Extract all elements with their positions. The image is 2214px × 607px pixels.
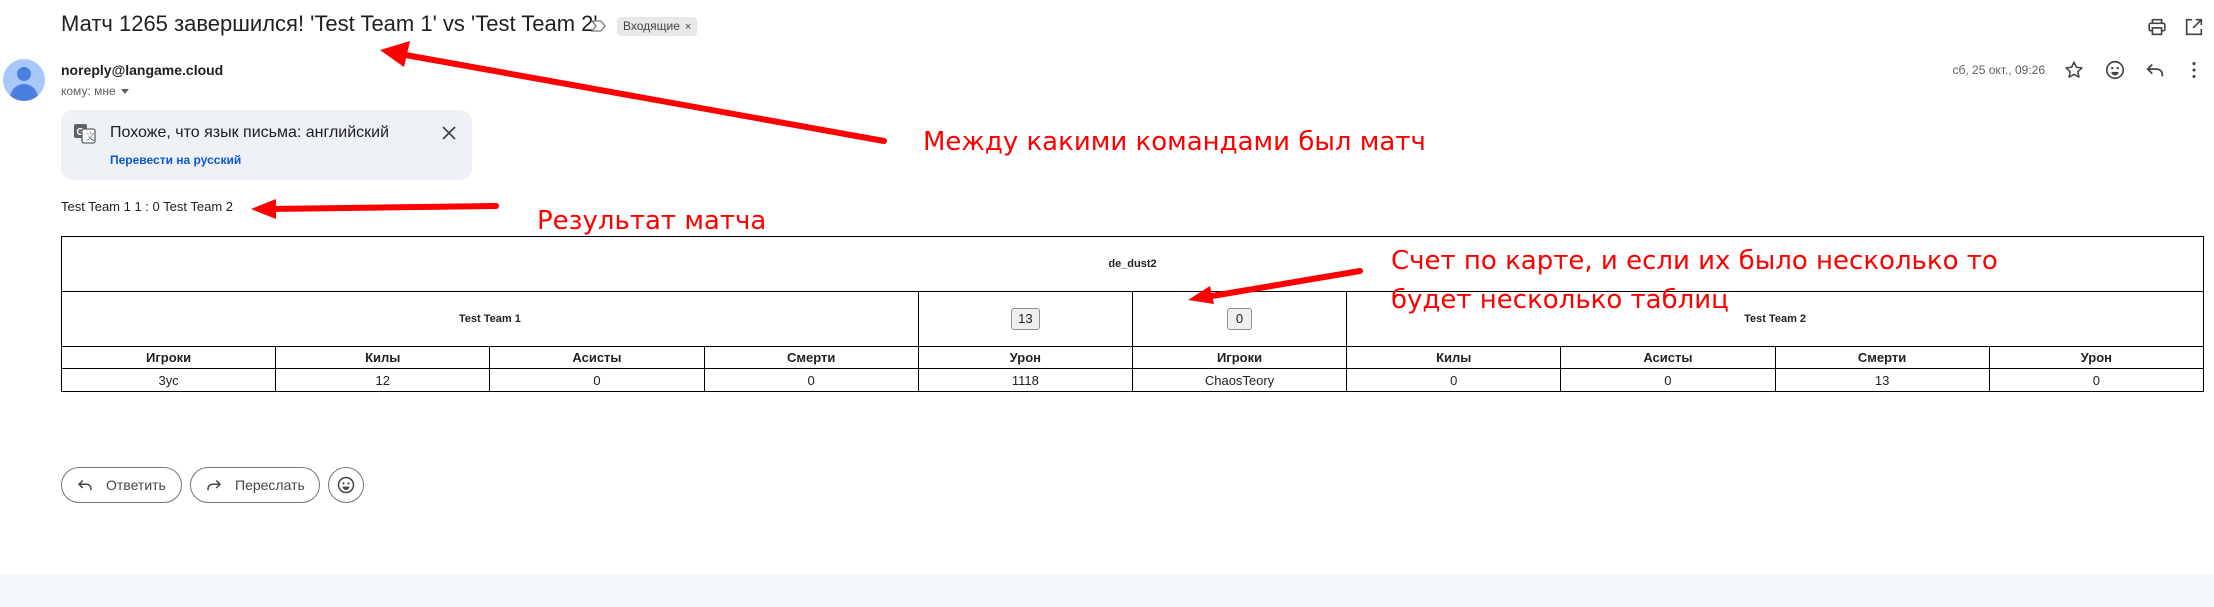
label-chip-inbox[interactable]: Входящие× <box>617 17 697 36</box>
svg-text:文: 文 <box>85 131 95 143</box>
table-cell: 13 <box>1775 369 1989 392</box>
column-header: Смерти <box>1775 347 1989 369</box>
column-header: Асисты <box>490 347 704 369</box>
column-header: Урон <box>918 347 1132 369</box>
team2-score: 0 <box>1227 308 1252 330</box>
team1-name: Test Team 1 <box>62 292 919 347</box>
more-vertical-icon[interactable] <box>2183 59 2205 81</box>
column-header: Урон <box>1989 347 2203 369</box>
translate-icon: G 文 <box>74 124 96 144</box>
translate-message: Похоже, что язык письма: английский <box>110 124 389 142</box>
star-icon[interactable] <box>2063 59 2085 81</box>
print-icon[interactable] <box>2146 16 2168 38</box>
team1-score: 13 <box>1011 308 1039 330</box>
close-icon[interactable] <box>440 124 458 142</box>
reply-label: Ответить <box>106 477 166 493</box>
table-row: 3ус12001118ChaosTeory00130 <box>62 369 2204 392</box>
email-date: сб, 25 окт., 09:26 <box>1953 63 2045 77</box>
translate-link[interactable]: Перевести на русский <box>110 153 241 167</box>
annotation-result: Результат матча <box>537 206 766 236</box>
emoji-reaction-button[interactable] <box>328 467 364 503</box>
match-result: Test Team 1 1 : 0 Test Team 2 <box>61 199 233 214</box>
avatar <box>3 59 45 101</box>
column-header: Килы <box>276 347 490 369</box>
recipient-text: кому: мне <box>61 84 116 98</box>
reply-icon <box>76 476 94 494</box>
table-cell: 0 <box>1989 369 2203 392</box>
column-header: Смерти <box>704 347 918 369</box>
emoji-icon <box>336 475 356 495</box>
forward-label: Переслать <box>235 477 305 493</box>
column-header: Игроки <box>62 347 276 369</box>
table-cell: 3ус <box>62 369 276 392</box>
annotation-map-score-2: будет несколько таблиц <box>1391 285 1729 315</box>
table-header-row: ИгрокиКилыАсистыСмертиУронИгрокиКилыАсис… <box>62 347 2204 369</box>
open-in-new-window-icon[interactable] <box>2183 16 2205 38</box>
importance-marker-icon[interactable] <box>590 17 608 35</box>
annotation-teams: Между какими командами был матч <box>923 127 1426 157</box>
recipient-dropdown[interactable]: кому: мне <box>61 84 129 98</box>
sender-email[interactable]: noreply@langame.cloud <box>61 62 223 78</box>
table-cell: 0 <box>704 369 918 392</box>
table-cell: 12 <box>276 369 490 392</box>
label-chip-text: Входящие <box>623 19 680 33</box>
column-header: Игроки <box>1132 347 1346 369</box>
table-cell: 0 <box>1347 369 1561 392</box>
footer-band <box>0 575 2214 607</box>
translate-banner: G 文 Похоже, что язык письма: английский … <box>61 110 472 180</box>
column-header: Асисты <box>1561 347 1775 369</box>
reply-icon[interactable] <box>2144 59 2166 81</box>
team2-score-cell: 0 <box>1132 292 1346 347</box>
team1-score-cell: 13 <box>918 292 1132 347</box>
table-cell: ChaosTeory <box>1132 369 1346 392</box>
forward-icon <box>205 476 223 494</box>
annotation-map-score-1: Счет по карте, и если их было несколько … <box>1391 246 1998 276</box>
column-header: Килы <box>1347 347 1561 369</box>
label-remove-icon[interactable]: × <box>685 21 691 33</box>
reply-button[interactable]: Ответить <box>61 467 182 503</box>
table-cell: 0 <box>1561 369 1775 392</box>
table-cell: 0 <box>490 369 704 392</box>
chevron-down-icon <box>121 89 129 94</box>
table-cell: 1118 <box>918 369 1132 392</box>
emoji-icon[interactable] <box>2104 59 2126 81</box>
email-subject: Матч 1265 завершился! 'Test Team 1' vs '… <box>61 11 598 37</box>
forward-button[interactable]: Переслать <box>190 467 320 503</box>
